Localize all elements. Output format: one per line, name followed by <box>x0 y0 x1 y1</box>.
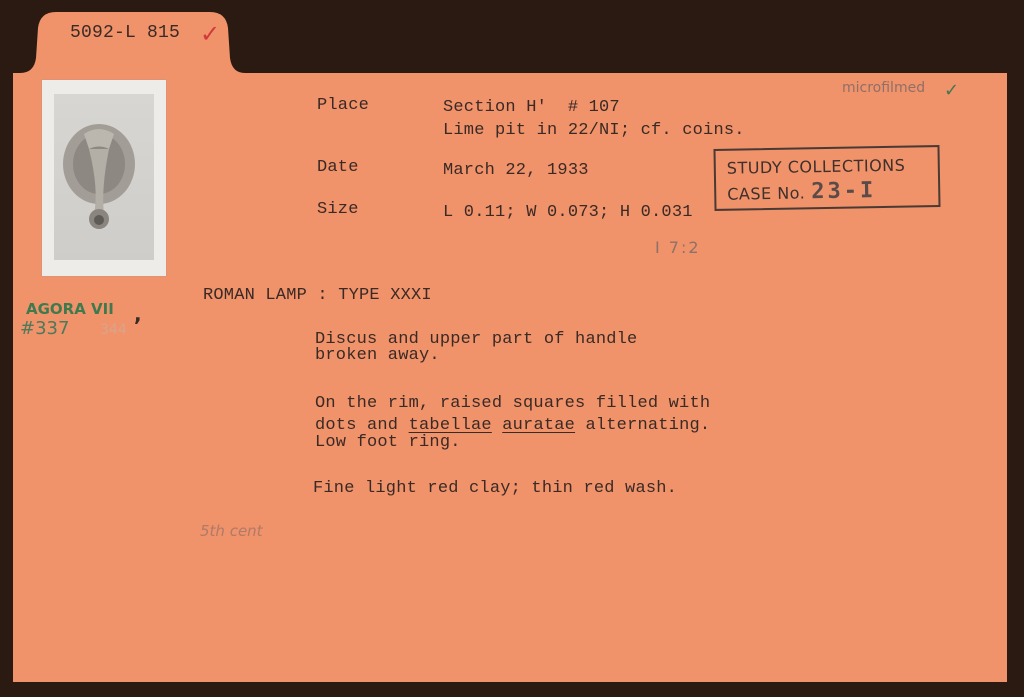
place-line-1: Section H' # 107 <box>443 98 620 117</box>
publication-comma: , <box>134 302 142 326</box>
place-label: Place <box>317 96 369 115</box>
size-label: Size <box>317 200 359 219</box>
case-number: 23-I <box>811 178 876 204</box>
stamp-line-1: STUDY COLLECTIONS <box>727 156 906 178</box>
study-collections-stamp: STUDY COLLECTIONS CASE No.23-I <box>713 145 940 211</box>
description-p2-line1: On the rim, raised squares filled with <box>315 394 710 413</box>
handwritten-reference: I 7:2 <box>655 238 701 257</box>
description-p3: Fine light red clay; thin red wash. <box>313 479 677 498</box>
date-value: March 22, 1933 <box>443 161 589 180</box>
photo-background <box>54 94 154 260</box>
object-title: ROMAN LAMP : TYPE XXXI <box>203 286 432 305</box>
size-value: L 0.11; W 0.073; H 0.031 <box>443 203 693 222</box>
underlined-term: auratae <box>502 416 575 435</box>
text-segment <box>492 416 502 435</box>
description-p2-line3: Low foot ring. <box>315 433 461 452</box>
publication-label: AGORA VII <box>26 300 114 318</box>
faint-number: 344 <box>100 322 127 338</box>
lamp-photo <box>42 80 166 276</box>
publication-number: #337 <box>20 318 69 339</box>
stamp-line-2: CASE No.23-I <box>727 178 876 206</box>
date-label: Date <box>317 158 359 177</box>
red-check-icon: ✓ <box>200 20 220 48</box>
green-check-icon: ✓ <box>944 80 959 101</box>
description-p1-line2: broken away. <box>315 346 440 365</box>
roman-lamp-icon <box>54 94 154 260</box>
case-label: CASE No. <box>727 183 805 203</box>
handwritten-date-note: 5th cent <box>200 522 263 540</box>
place-line-2: Lime pit in 22/NI; cf. coins. <box>443 121 745 140</box>
microfilmed-label: microfilmed <box>842 80 925 96</box>
catalog-number: 5092-L 815 <box>70 23 180 43</box>
text-segment: alternating. <box>575 416 710 435</box>
catalog-card: 5092-L 815 ✓ microfilmed ✓ Place Section… <box>0 0 1024 697</box>
